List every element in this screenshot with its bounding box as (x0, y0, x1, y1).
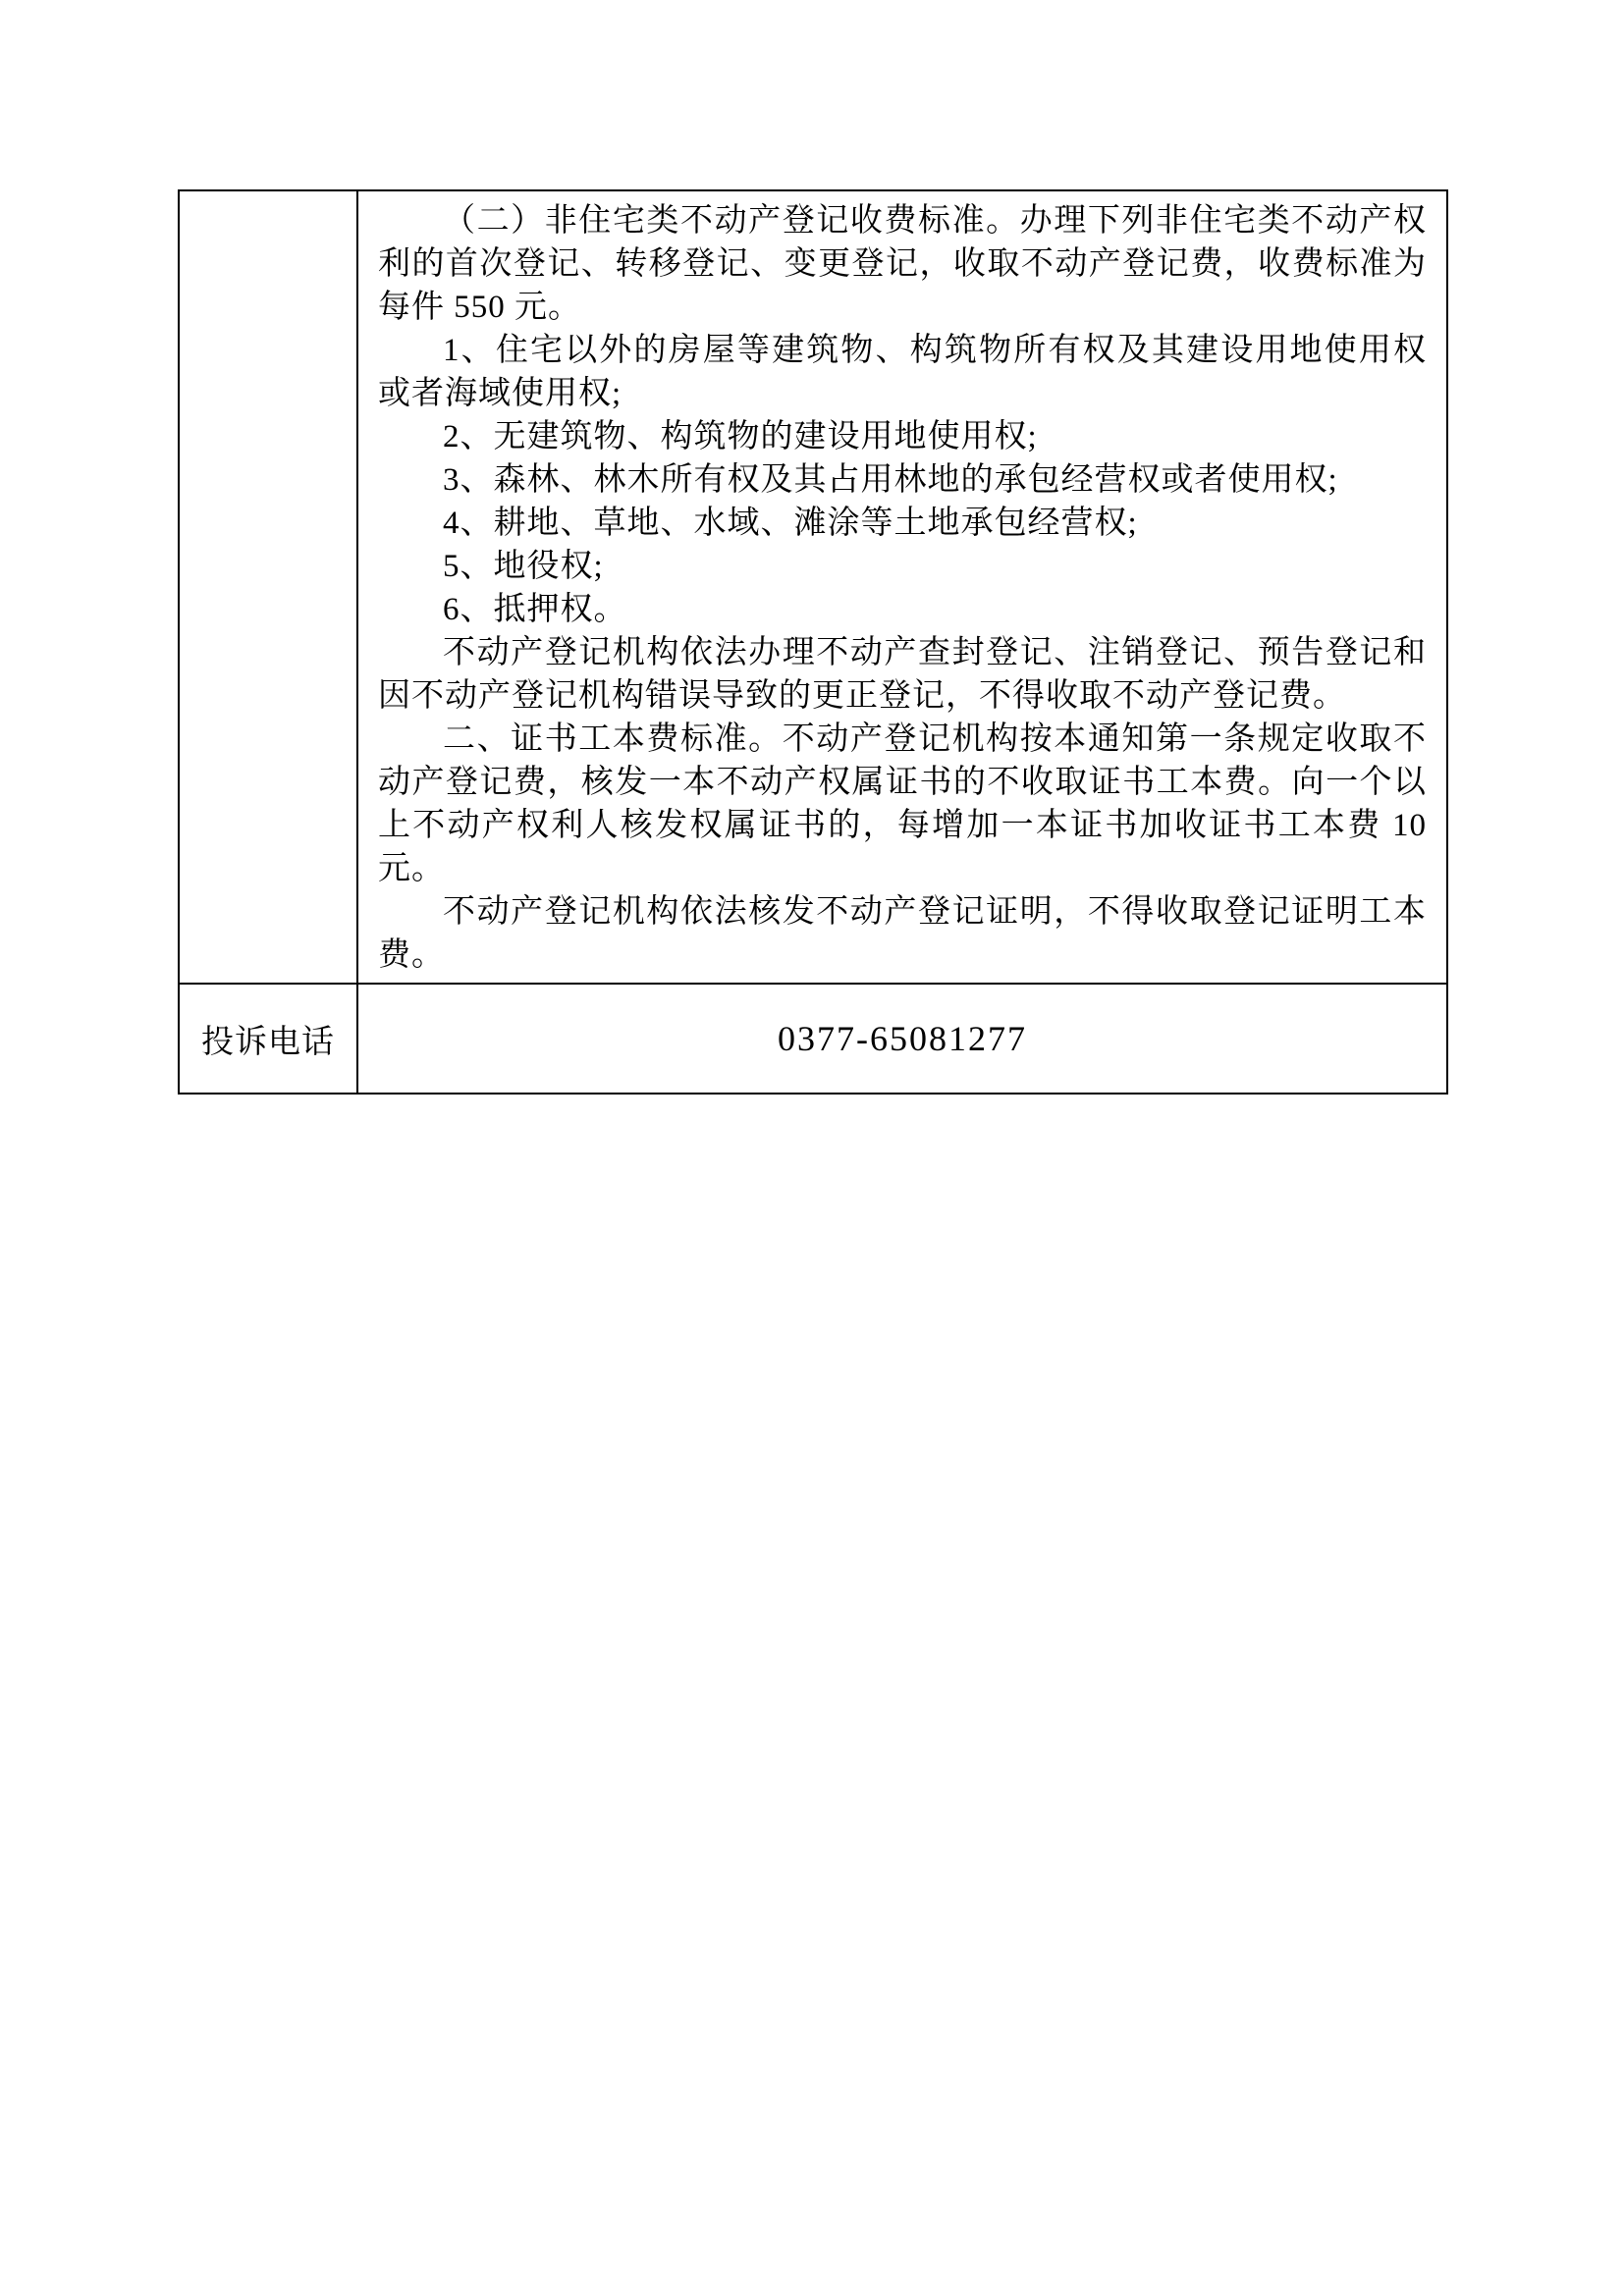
paragraph-no-fee-cases: 不动产登记机构依法办理不动产查封登记、注销登记、预告登记和因不动产登记机构错误导… (378, 631, 1427, 718)
paragraph-item-3: 3、森林、林木所有权及其占用林地的承包经营权或者使用权; (378, 458, 1427, 502)
complaint-label: 投诉电话 (201, 1025, 335, 1060)
paragraph-item-1: 1、住宅以外的房屋等建筑物、构筑物所有权及其建设用地使用权或者海域使用权; (378, 329, 1427, 415)
paragraph-fee-nonresidential-intro: （二）非住宅类不动产登记收费标准。办理下列非住宅类不动产权利的首次登记、转移登记… (378, 199, 1427, 329)
paragraph-registration-proof: 不动产登记机构依法核发不动产登记证明，不得收取登记证明工本费。 (378, 890, 1427, 977)
paragraph-item-2: 2、无建筑物、构筑物的建设用地使用权; (378, 415, 1427, 458)
fee-content-cell: （二）非住宅类不动产登记收费标准。办理下列非住宅类不动产权利的首次登记、转移登记… (357, 190, 1447, 984)
paragraph-item-4: 4、耕地、草地、水域、滩涂等土地承包经营权; (378, 502, 1427, 545)
empty-label-cell (179, 190, 357, 984)
fee-content-row: （二）非住宅类不动产登记收费标准。办理下列非住宅类不动产权利的首次登记、转移登记… (179, 190, 1447, 984)
complaint-phone-row: 投诉电话 0377-65081277 (179, 984, 1447, 1094)
fee-standard-table: （二）非住宅类不动产登记收费标准。办理下列非住宅类不动产权利的首次登记、转移登记… (178, 189, 1448, 1095)
complaint-label-cell: 投诉电话 (179, 984, 357, 1094)
complaint-phone-cell: 0377-65081277 (357, 984, 1447, 1094)
complaint-phone-number: 0377-65081277 (778, 1019, 1027, 1058)
paragraph-certificate-fee-standard: 二、证书工本费标准。不动产登记机构按本通知第一条规定收取不动产登记费，核发一本不… (378, 718, 1427, 890)
paragraph-item-5: 5、地役权; (378, 545, 1427, 588)
document-page: （二）非住宅类不动产登记收费标准。办理下列非住宅类不动产权利的首次登记、转移登记… (0, 0, 1624, 2296)
paragraph-item-6: 6、抵押权。 (378, 588, 1427, 631)
